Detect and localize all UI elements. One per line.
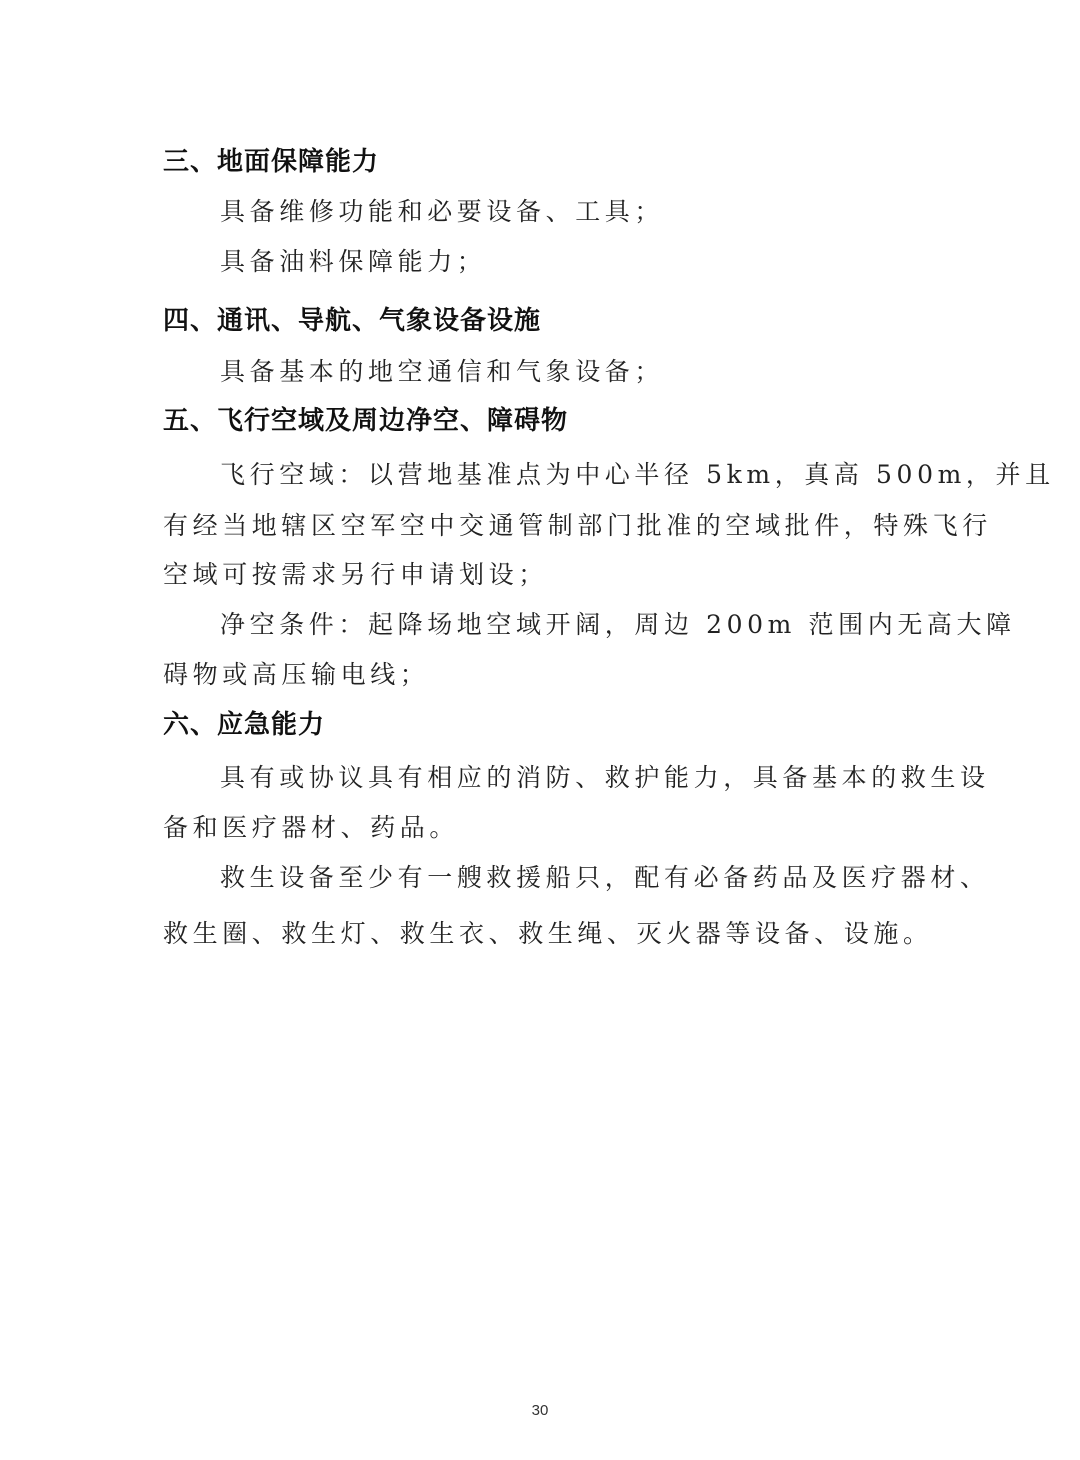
section-heading-3: 三、地面保障能力 — [163, 145, 379, 179]
paragraph-line: 具备油料保障能力； — [220, 246, 486, 278]
paragraph-line: 有经当地辖区空军空中交通管制部门批准的空域批件，特殊飞行 — [163, 510, 992, 542]
section-heading-5: 五、飞行空域及周边净空、障碍物 — [163, 404, 568, 438]
document-page: 三、地面保障能力 具备维修功能和必要设备、工具； 具备油料保障能力； 四、通讯、… — [0, 0, 1080, 1460]
paragraph-line: 具备基本的地空通信和气象设备； — [220, 356, 664, 388]
paragraph-line: 空域可按需求另行申请划设； — [163, 559, 548, 591]
paragraph-line: 救生圈、救生灯、救生衣、救生绳、灭火器等设备、设施。 — [163, 918, 933, 950]
page-number: 30 — [0, 1402, 1080, 1419]
paragraph-line: 具有或协议具有相应的消防、救护能力，具备基本的救生设 — [220, 762, 990, 794]
paragraph-line: 净空条件：起降场地空域开阔，周边 200m 范围内无高大障 — [220, 609, 1016, 641]
paragraph-line: 飞行空域：以营地基准点为中心半径 5km，真高 500m，并且 — [220, 459, 1055, 491]
section-heading-4: 四、通讯、导航、气象设备设施 — [163, 304, 541, 338]
section-heading-6: 六、应急能力 — [163, 708, 325, 742]
paragraph-line: 碍物或高压输电线； — [163, 659, 429, 691]
paragraph-line: 具备维修功能和必要设备、工具； — [220, 196, 664, 228]
paragraph-line: 备和医疗器材、药品。 — [163, 812, 459, 844]
paragraph-line: 救生设备至少有一艘救援船只，配有必备药品及医疗器材、 — [220, 862, 990, 894]
